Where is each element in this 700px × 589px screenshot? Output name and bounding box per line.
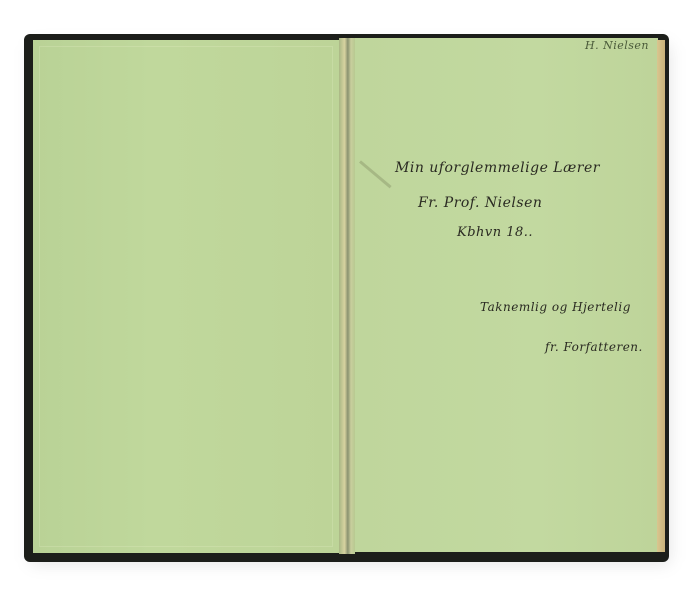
left-endpaper <box>33 40 339 553</box>
inscription-line-3: Kbhvn 18.. <box>457 225 533 240</box>
book-spine <box>339 38 355 554</box>
right-endpaper <box>355 38 658 552</box>
inscription-line-1: Min uforglemmelige Lærer <box>395 160 600 176</box>
owner-signature: H. Nielsen <box>585 39 649 52</box>
page-edge <box>657 40 665 552</box>
inscription-line-4: Taknemlig og Hjertelig <box>480 300 631 314</box>
inscription-line-5: fr. Forfatteren. <box>545 340 643 354</box>
inscription-line-2: Fr. Prof. Nielsen <box>418 195 542 211</box>
